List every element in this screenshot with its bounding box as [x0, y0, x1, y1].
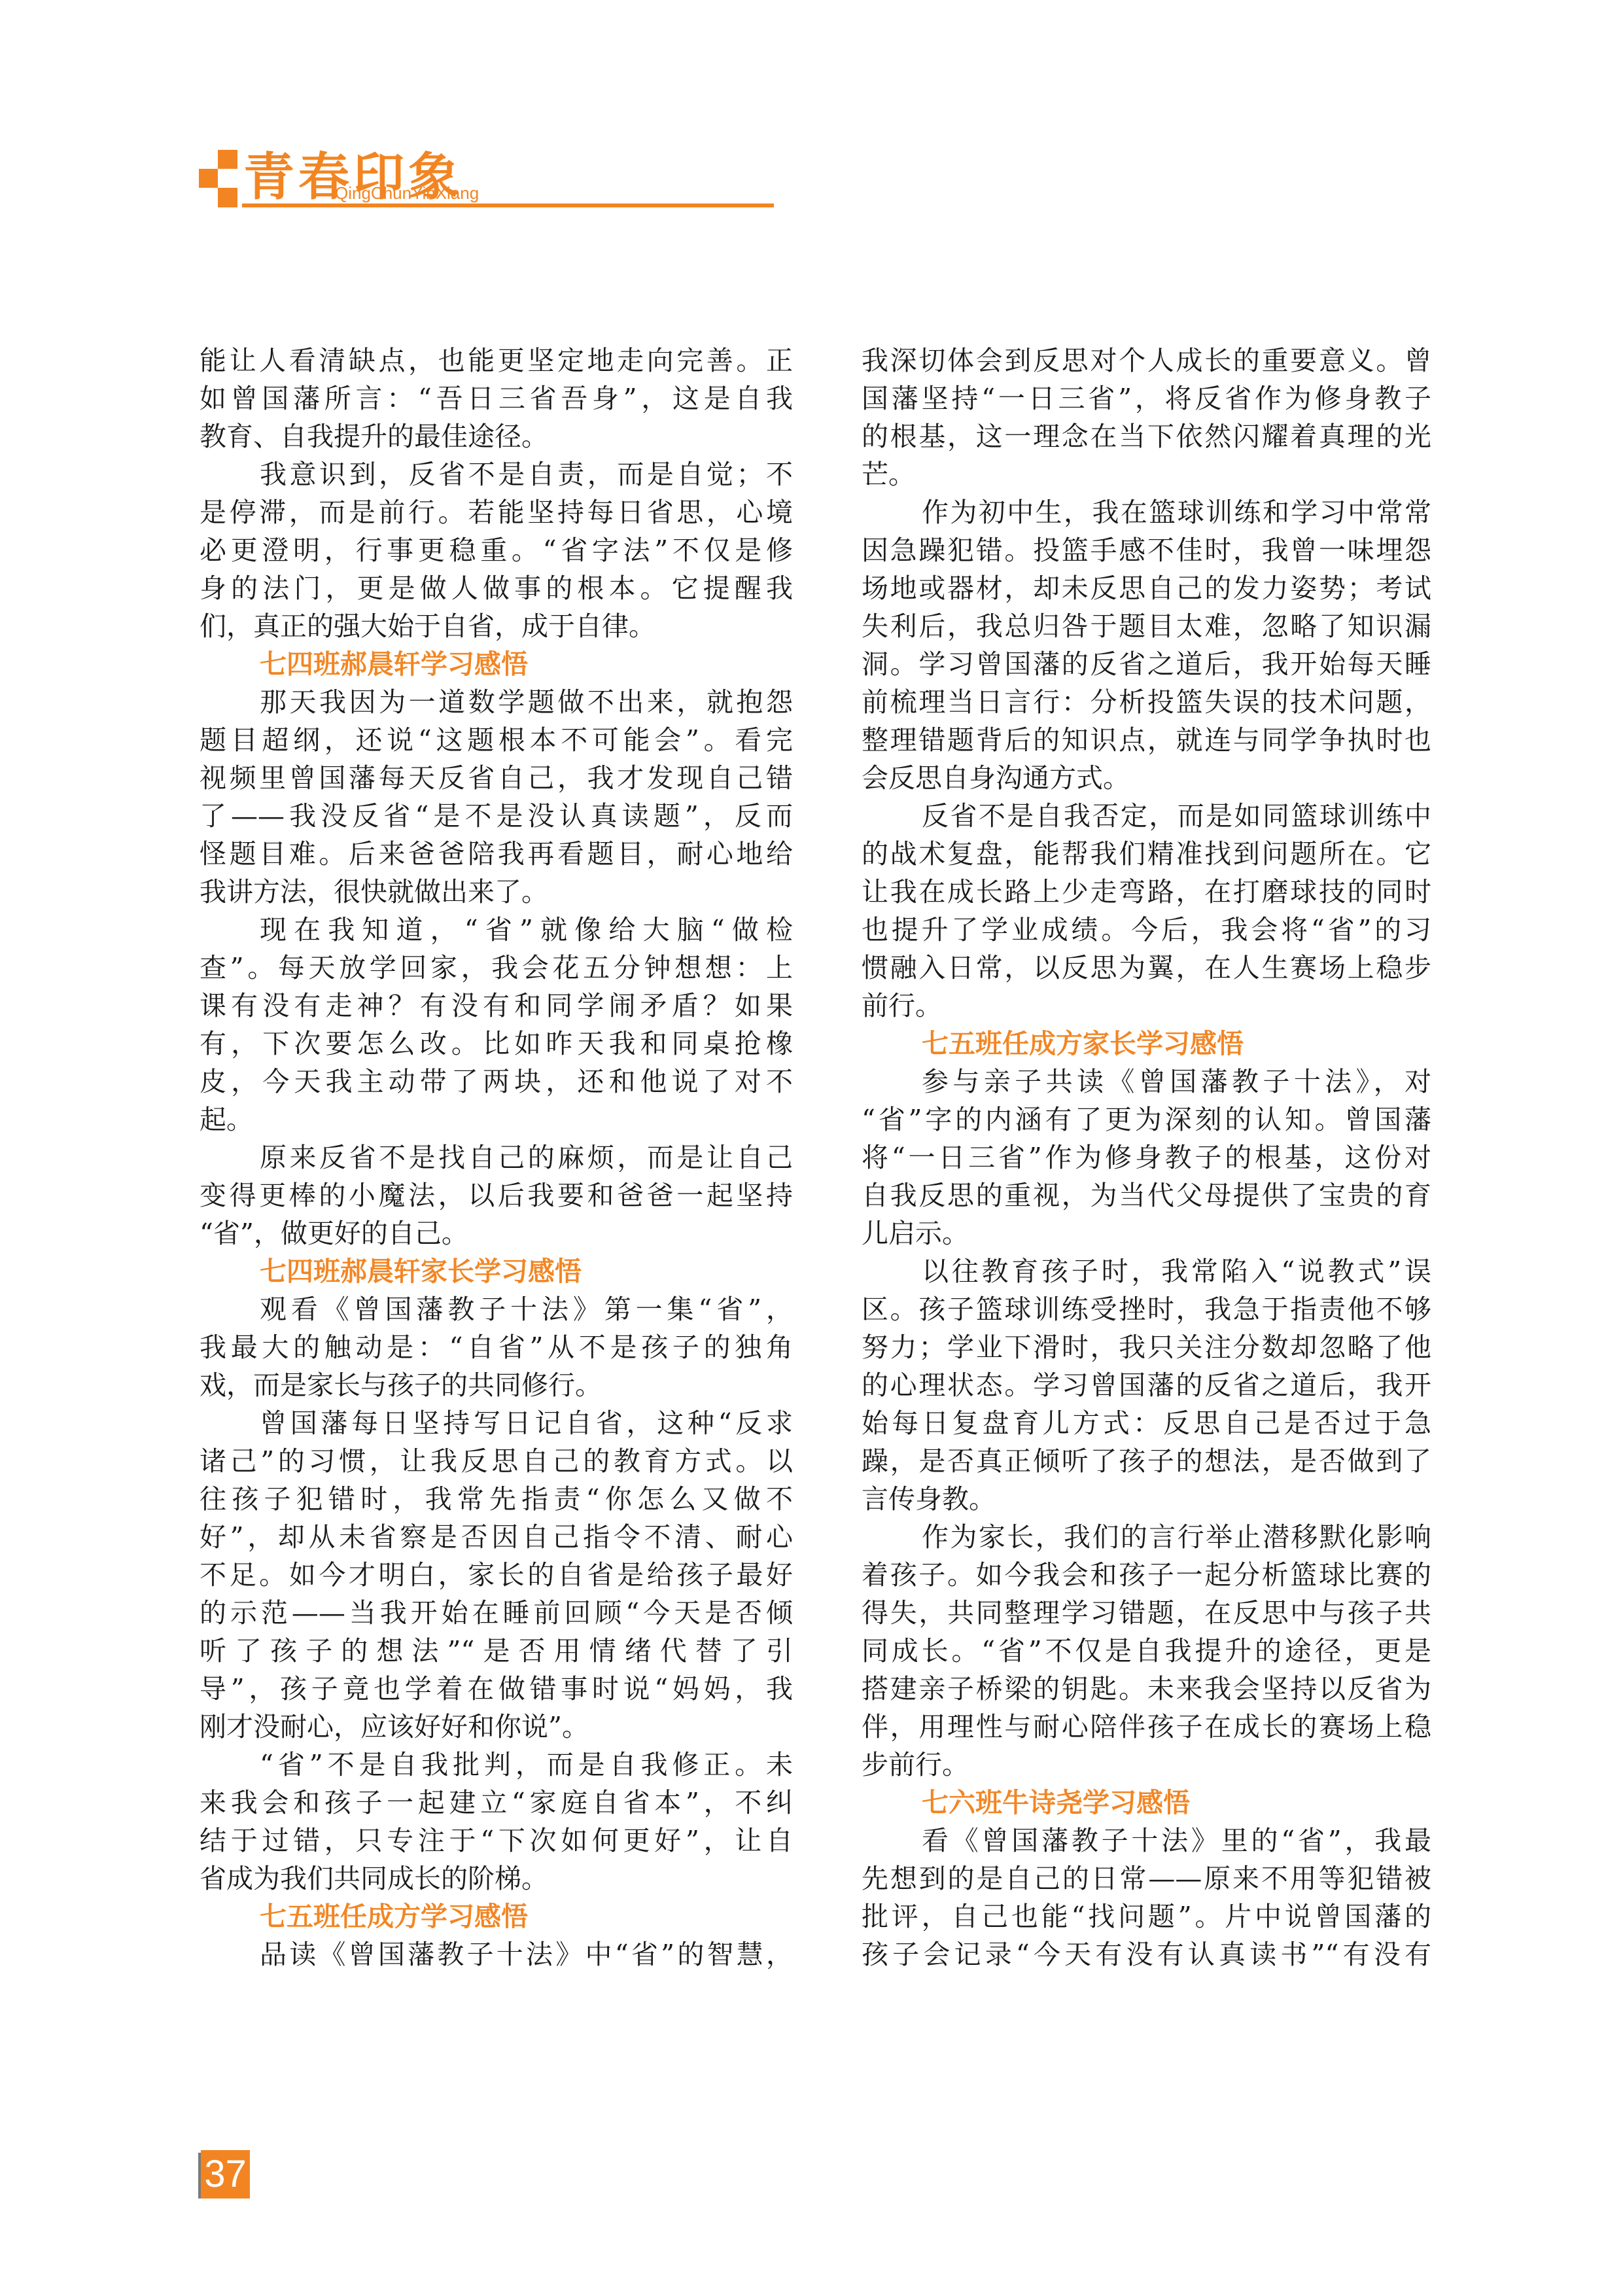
body-text-line: 洞。学习曾国藩的反省之道后，我开始每天睡 [862, 645, 1431, 683]
body-text-line: 反省不是自我否定，而是如同篮球训练中 [862, 797, 1431, 835]
body-text-line: “省”不是自我批判，而是自我修正。未 [200, 1746, 793, 1784]
right-column: 我深切体会到反思对个人成长的重要意义。曾国藩坚持“一日三省”，将反省作为修身教子… [862, 342, 1431, 1973]
page-number: 37 [201, 2150, 250, 2199]
body-text-line: 的战术复盘，能帮我们精准找到问题所在。它 [862, 835, 1431, 873]
article-heading: 七四班郝晨轩学习感悟 [200, 645, 793, 683]
body-text-line: 现在我知道，“省”就像给大脑“做检 [200, 911, 793, 949]
body-text-line: 好”，却从未省察是否因自己指令不清、耐心 [200, 1518, 793, 1556]
body-text-line: 芒。 [862, 455, 1431, 493]
body-text-line: 将“一日三省”作为修身教子的根基，这份对 [862, 1139, 1431, 1176]
body-text-line: 我讲方法，很快就做出来了。 [200, 873, 793, 911]
body-text-line: 起。 [200, 1101, 793, 1139]
header-underline [242, 203, 774, 207]
body-text-line: 搭建亲子桥梁的钥匙。未来我会坚持以反省为 [862, 1670, 1431, 1708]
body-text-line: 也提升了学业成绩。今后，我会将“省”的习 [862, 911, 1431, 949]
body-text-line: 查”。每天放学回家，我会花五分钟想想：上 [200, 949, 793, 987]
body-text-line: 以往教育孩子时，我常陷入“说教式”误 [862, 1252, 1431, 1290]
logo-square-middle [199, 169, 218, 188]
body-text-line: 儿启示。 [862, 1214, 1431, 1252]
body-text-line: 品读《曾国藩教子十法》中“省”的智慧， [200, 1935, 793, 1973]
body-text-line: 伴，用理性与耐心陪伴孩子在成长的赛场上稳 [862, 1708, 1431, 1746]
body-text-line: 惯融入日常，以反思为翼，在人生赛场上稳步 [862, 949, 1431, 987]
body-text-line: 我最大的触动是：“自省”从不是孩子的独角 [200, 1328, 793, 1366]
body-text-line: “省”字的内涵有了更为深刻的认知。曾国藩 [862, 1101, 1431, 1139]
body-text-line: 会反思自身沟通方式。 [862, 759, 1431, 797]
left-column: 能让人看清缺点，也能更坚定地走向完善。正如曾国藩所言：“吾日三省吾身”，这是自我… [200, 342, 793, 1973]
body-text-line: 不足。如今才明白，家长的自省是给孩子最好 [200, 1556, 793, 1594]
article-heading: 七五班任成方学习感悟 [200, 1898, 793, 1935]
body-text-line: 作为初中生，我在篮球训练和学习中常常 [862, 493, 1431, 531]
body-text-line: “省”，做更好的自己。 [200, 1214, 793, 1252]
section-subtitle-pinyin: QingChunYinXiang [335, 183, 479, 203]
body-text-line: 有，下次要怎么改。比如昨天我和同桌抢橡 [200, 1025, 793, 1063]
body-text-line: 视频里曾国藩每天反省自己，我才发现自己错 [200, 759, 793, 797]
body-text-line: 自我反思的重视，为当代父母提供了宝贵的育 [862, 1176, 1431, 1214]
body-text-line: 戏，而是家长与孩子的共同修行。 [200, 1366, 793, 1404]
body-text-line: 同成长。“省”不仅是自我提升的途径，更是 [862, 1632, 1431, 1670]
body-text-line: 变得更棒的小魔法，以后我要和爸爸一起坚持 [200, 1176, 793, 1214]
body-text-line: 前行。 [862, 987, 1431, 1025]
article-heading: 七六班牛诗尧学习感悟 [862, 1784, 1431, 1822]
body-text-line: 题目超纲，还说“这题根本不可能会”。看完 [200, 721, 793, 759]
body-text-line: 刚才没耐心，应该好好和你说”。 [200, 1708, 793, 1746]
body-text-line: 先想到的是自己的日常——原来不用等犯错被 [862, 1860, 1431, 1898]
body-text-line: 因急躁犯错。投篮手感不佳时，我曾一味埋怨 [862, 531, 1431, 569]
body-text-line: 整理错题背后的知识点，就连与同学争执时也 [862, 721, 1431, 759]
body-text-line: 来我会和孩子一起建立“家庭自省本”，不纠 [200, 1784, 793, 1822]
body-text-line: 教育、自我提升的最佳途径。 [200, 417, 793, 455]
body-text-line: 参与亲子共读《曾国藩教子十法》，对 [862, 1063, 1431, 1101]
body-text-line: 们，真正的强大始于自省，成于自律。 [200, 607, 793, 645]
body-text-line: 诸己”的习惯，让我反思自己的教育方式。以 [200, 1442, 793, 1480]
body-text-line: 始每日复盘育儿方式：反思自己是否过于急 [862, 1404, 1431, 1442]
body-text-line: 原来反省不是找自己的麻烦，而是让自己 [200, 1139, 793, 1176]
body-text-line: 前梳理当日言行：分析投篮失误的技术问题， [862, 683, 1431, 721]
body-text-line: 观看《曾国藩教子十法》第一集“省”， [200, 1290, 793, 1328]
body-text-line: 言传身教。 [862, 1480, 1431, 1518]
article-heading: 七四班郝晨轩家长学习感悟 [200, 1252, 793, 1290]
body-text-line: 皮，今天我主动带了两块，还和他说了对不 [200, 1063, 793, 1101]
body-text-line: 让我在成长路上少走弯路，在打磨球技的同时 [862, 873, 1431, 911]
body-text-line: 的根基，这一理念在当下依然闪耀着真理的光 [862, 417, 1431, 455]
body-text-line: 身的法门，更是做人做事的根本。它提醒我 [200, 569, 793, 607]
body-text-line: 失利后，我总归咎于题目太难，忽略了知识漏 [862, 607, 1431, 645]
body-text-line: 课有没有走神？有没有和同学闹矛盾？如果 [200, 987, 793, 1025]
body-text-line: 孩子会记录“今天有没有认真读书”“有没有 [862, 1935, 1431, 1973]
body-text-line: 得失，共同整理学习错题，在反思中与孩子共 [862, 1594, 1431, 1632]
body-text-line: 努力；学业下滑时，我只关注分数却忽略了他 [862, 1328, 1431, 1366]
logo-square-top [218, 150, 237, 169]
body-text-line: 我意识到，反省不是自责，而是自觉；不 [200, 455, 793, 493]
body-text-line: 怪题目难。后来爸爸陪我再看题目，耐心地给 [200, 835, 793, 873]
body-text-line: 如曾国藩所言：“吾日三省吾身”，这是自我 [200, 380, 793, 417]
body-text-line: 了——我没反省“是不是没认真读题”，反而 [200, 797, 793, 835]
body-text-line: 结于过错，只专注于“下次如何更好”，让自 [200, 1822, 793, 1860]
body-text-line: 听了孩子的想法”“是否用情绪代替了引 [200, 1632, 793, 1670]
article-heading: 七五班任成方家长学习感悟 [862, 1025, 1431, 1063]
body-text-line: 往孩子犯错时，我常先指责“你怎么又做不 [200, 1480, 793, 1518]
body-text-line: 省成为我们共同成长的阶梯。 [200, 1860, 793, 1898]
body-text-line: 步前行。 [862, 1746, 1431, 1784]
body-text-line: 曾国藩每日坚持写日记自省，这种“反求 [200, 1404, 793, 1442]
body-text-line: 能让人看清缺点，也能更坚定地走向完善。正 [200, 342, 793, 380]
body-text-line: 导”，孩子竟也学着在做错事时说“妈妈，我 [200, 1670, 793, 1708]
body-text-line: 场地或器材，却未反思自己的发力姿势；考试 [862, 569, 1431, 607]
body-text-line: 批评，自己也能“找问题”。片中说曾国藩的 [862, 1898, 1431, 1935]
body-text-line: 的示范——当我开始在睡前回顾“今天是否倾 [200, 1594, 793, 1632]
body-text-line: 我深切体会到反思对个人成长的重要意义。曾 [862, 342, 1431, 380]
body-text-line: 是停滞，而是前行。若能坚持每日省思，心境 [200, 493, 793, 531]
body-text-line: 看《曾国藩教子十法》里的“省”，我最 [862, 1822, 1431, 1860]
logo-square-bottom [218, 188, 237, 207]
body-text-line: 的心理状态。学习曾国藩的反省之道后，我开 [862, 1366, 1431, 1404]
body-text-line: 躁，是否真正倾听了孩子的想法，是否做到了 [862, 1442, 1431, 1480]
body-text-line: 区。孩子篮球训练受挫时，我急于指责他不够 [862, 1290, 1431, 1328]
body-text-line: 国藩坚持“一日三省”，将反省作为修身教子 [862, 380, 1431, 417]
body-text-line: 着孩子。如今我会和孩子一起分析篮球比赛的 [862, 1556, 1431, 1594]
body-text-line: 作为家长，我们的言行举止潜移默化影响 [862, 1518, 1431, 1556]
body-text-line: 必更澄明，行事更稳重。“省字法”不仅是修 [200, 531, 793, 569]
body-text-line: 那天我因为一道数学题做不出来，就抱怨 [200, 683, 793, 721]
